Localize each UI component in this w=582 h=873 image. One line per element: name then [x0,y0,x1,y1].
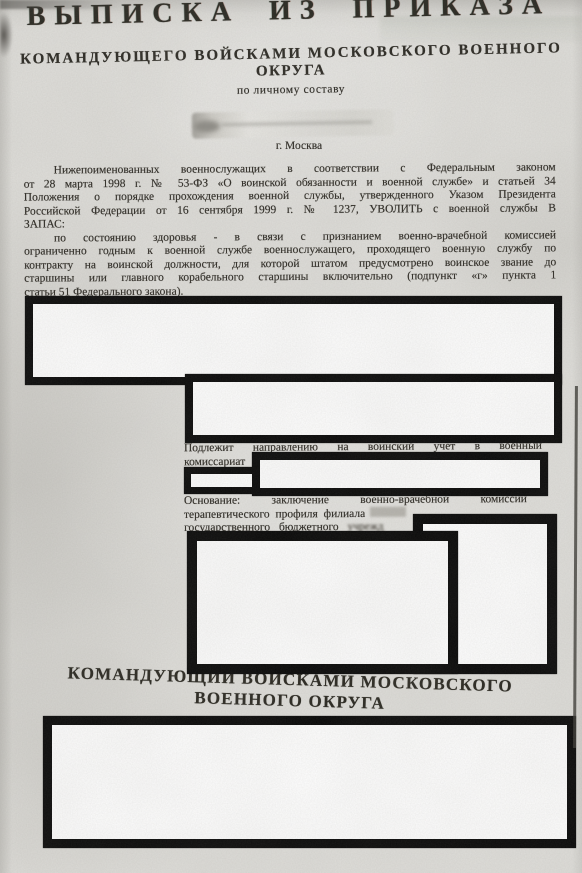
basis-line-text: терапевтического профиля филиала [184,508,365,521]
scan-mark-top-band [0,0,120,9]
redaction-box-basis-left [187,531,458,674]
redaction-box-commissariat [252,452,548,496]
order-body-text: Нижепоименованных военнослужащих в соотв… [24,161,557,300]
redaction-box-signature [43,716,576,848]
scan-edge-line-right [573,386,578,748]
redaction-smudge-order-number [192,109,394,139]
scan-mark-top-left [0,12,13,58]
redaction-box-serviceman-details [25,296,562,385]
redaction-smudge-inline [370,507,406,517]
place-line: г. Москва [8,140,582,152]
redaction-box-name-block [185,374,562,443]
scanned-document-page: ВЫПИСКА ИЗ ПРИКАЗА КОМАНДУЮЩЕГО ВОЙСКАМИ… [0,0,582,873]
redaction-box-small-left [184,467,259,494]
